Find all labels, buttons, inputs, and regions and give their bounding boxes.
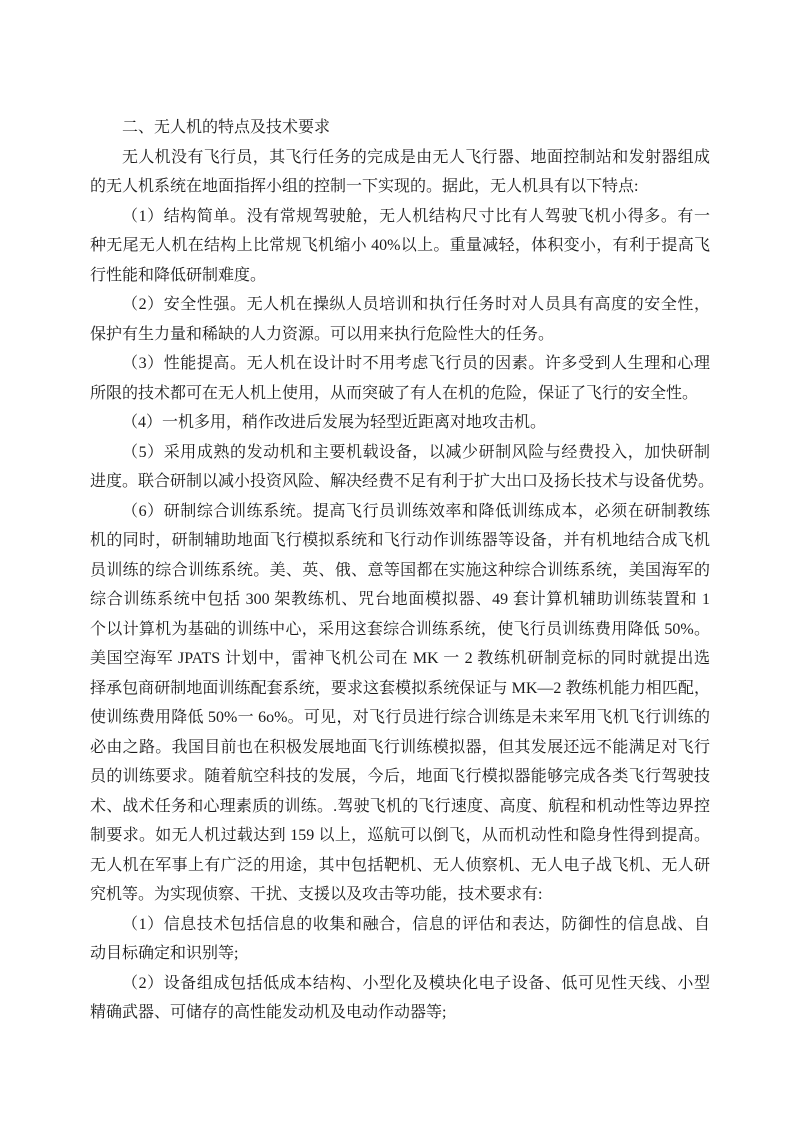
text-line: 精确武器、可储存的高性能发动机及电动作动器等; [90, 998, 710, 1028]
text-line: （1）结构简单。没有常规驾驶舱，无人机结构尺寸比有人驾驶飞机小得多。有一 [90, 202, 710, 232]
text-line: 员训练的综合训练系统。美、英、俄、意等国都在实施这种综合训练系统，美国海军的 [90, 556, 710, 586]
text-line: 美国空海军 JPATS 计划中，雷神飞机公司在 MK 一 2 教练机研制竞标的同… [90, 644, 710, 674]
text-line: 的无人机系统在地面指挥小组的控制一下实现的。据此，无人机具有以下特点: [90, 172, 710, 202]
text-line: 究机等。为实现侦察、干扰、支援以及攻击等功能，技术要求有: [90, 880, 710, 910]
text-line: 综合训练系统中包括 300 架教练机、咒台地面模拟器、49 套计算机辅助训练装置… [90, 585, 710, 615]
text-line: （5）采用成熟的发动机和主要机载设备，以减少研制风险与经费投入，加快研制 [90, 438, 710, 468]
text-line: 使训练费用降低 50%一 6o%。可见，对飞行员进行综合训练是未来军用飞机飞行训… [90, 703, 710, 733]
text-line: 个以计算机为基础的训练中心，采用这套综合训练系统，使飞行员训练费用降低 50%。 [90, 615, 710, 645]
text-line: 进度。联合研制以减小投资风险、解决经费不足有利于扩大出口及扬长技术与设备优势。 [90, 467, 710, 497]
text-line: 无人机没有飞行员，其飞行任务的完成是由无人飞行器、地面控制站和发射器组成 [90, 143, 710, 173]
text-line: 动目标确定和识别等; [90, 939, 710, 969]
text-line: （2）安全性强。无人机在操纵人员培训和执行任务时对人员具有高度的安全性， [90, 290, 710, 320]
document-body: 二、无人机的特点及技术要求无人机没有飞行员，其飞行任务的完成是由无人飞行器、地面… [90, 113, 710, 1028]
text-line: 术、战术任务和心理素质的训练。.驾驶飞机的飞行速度、高度、航程和机动性等边界控 [90, 792, 710, 822]
text-line: 机的同时，研制辅助地面飞行模拟系统和飞行动作训练器等设备，并有机地结合成飞机 [90, 526, 710, 556]
text-line: 保护有生力量和稀缺的人力资源。可以用来执行危险性大的任务。 [90, 320, 710, 350]
text-line: （4）一机多用，稍作改进后发展为轻型近距离对地攻击机。 [90, 408, 710, 438]
text-line: 必由之路。我国目前也在积极发展地面飞行训练模拟器，但其发展还远不能满足对飞行 [90, 733, 710, 763]
text-line: 择承包商研制地面训练配套系统，要求这套模拟系统保证与 MK—2 教练机能力相匹配… [90, 674, 710, 704]
text-line: （3）性能提高。无人机在设计时不用考虑飞行员的因素。许多受到人生理和心理 [90, 349, 710, 379]
text-line: （2）设备组成包括低成本结构、小型化及模块化电子设备、低可见性天线、小型 [90, 969, 710, 999]
text-line: （1）信息技术包括信息的收集和融合，信息的评估和表达，防御性的信息战、自 [90, 910, 710, 940]
document-page: 二、无人机的特点及技术要求无人机没有飞行员，其飞行任务的完成是由无人飞行器、地面… [0, 0, 793, 1122]
text-line: 无人机在军事上有广泛的用途，其中包括靶机、无人侦察机、无人电子战飞机、无人研 [90, 851, 710, 881]
section-heading: 二、无人机的特点及技术要求 [90, 113, 710, 143]
text-line: 行性能和降低研制难度。 [90, 261, 710, 291]
text-line: 种无尾无人机在结构上比常规飞机缩小 40%以上。重量减轻，体积变小，有利于提高飞 [90, 231, 710, 261]
text-line: 所限的技术都可在无人机上使用，从而突破了有人在机的危险，保证了飞行的安全性。 [90, 379, 710, 409]
text-line: 制要求。如无人机过载达到 159 以上，巡航可以倒飞，从而机动性和隐身性得到提高… [90, 821, 710, 851]
text-line: （6）研制综合训练系统。提高飞行员训练效率和降低训练成本，必须在研制教练 [90, 497, 710, 527]
text-line: 员的训练要求。随着航空科技的发展，今后，地面飞行模拟器能够完成各类飞行驾驶技 [90, 762, 710, 792]
